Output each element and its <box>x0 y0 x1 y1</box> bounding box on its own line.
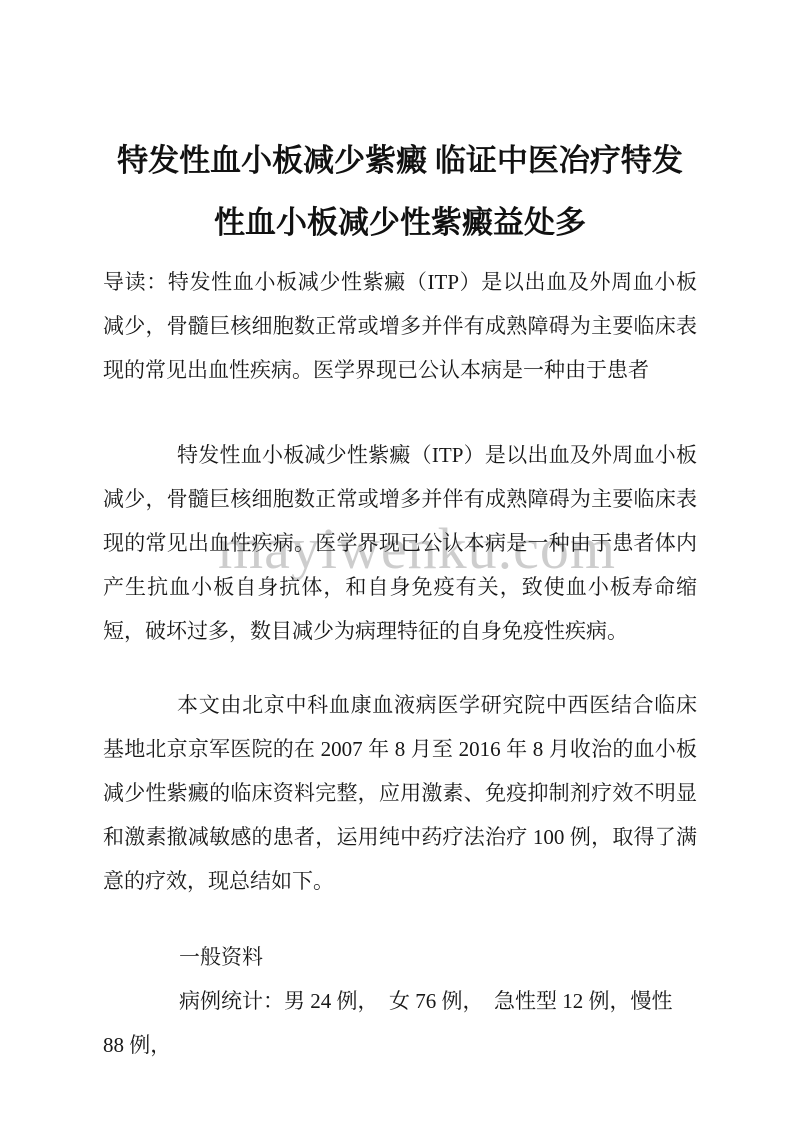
document-title-line-1: 特发性血小板减少紫癜 临证中医冶疗特发 <box>103 130 697 192</box>
section-heading-general-data: 一般资料 <box>103 935 697 979</box>
paragraph-intro: 导读：特发性血小板减少性紫癜（ITP）是以出血及外周血小板减少，骨髓巨核细胞数正… <box>103 260 697 392</box>
paragraph-body-1: 特发性血小板减少性紫癜（ITP）是以出血及外周血小板减少，骨髓巨核细胞数正常或增… <box>103 433 697 653</box>
document-content: 特发性血小板减少紫癜 临证中医冶疗特发 性血小板减少性紫癜益处多 导读：特发性血… <box>103 0 697 1067</box>
document-title: 特发性血小板减少紫癜 临证中医冶疗特发 性血小板减少性紫癜益处多 <box>103 130 697 254</box>
case-statistics-line: 病例统计：男 24 例， 女 76 例， 急性型 12 例，慢性 88 例， <box>103 979 697 1067</box>
document-page: mayiwenku.com 特发性血小板减少紫癜 临证中医冶疗特发 性血小板减少… <box>0 0 800 1132</box>
paragraph-body-2: 本文由北京中科血康血液病医学研究院中西医结合临床基地北京京军医院的在 2007 … <box>103 683 697 903</box>
document-title-line-2: 性血小板减少性紫癜益处多 <box>103 192 697 254</box>
